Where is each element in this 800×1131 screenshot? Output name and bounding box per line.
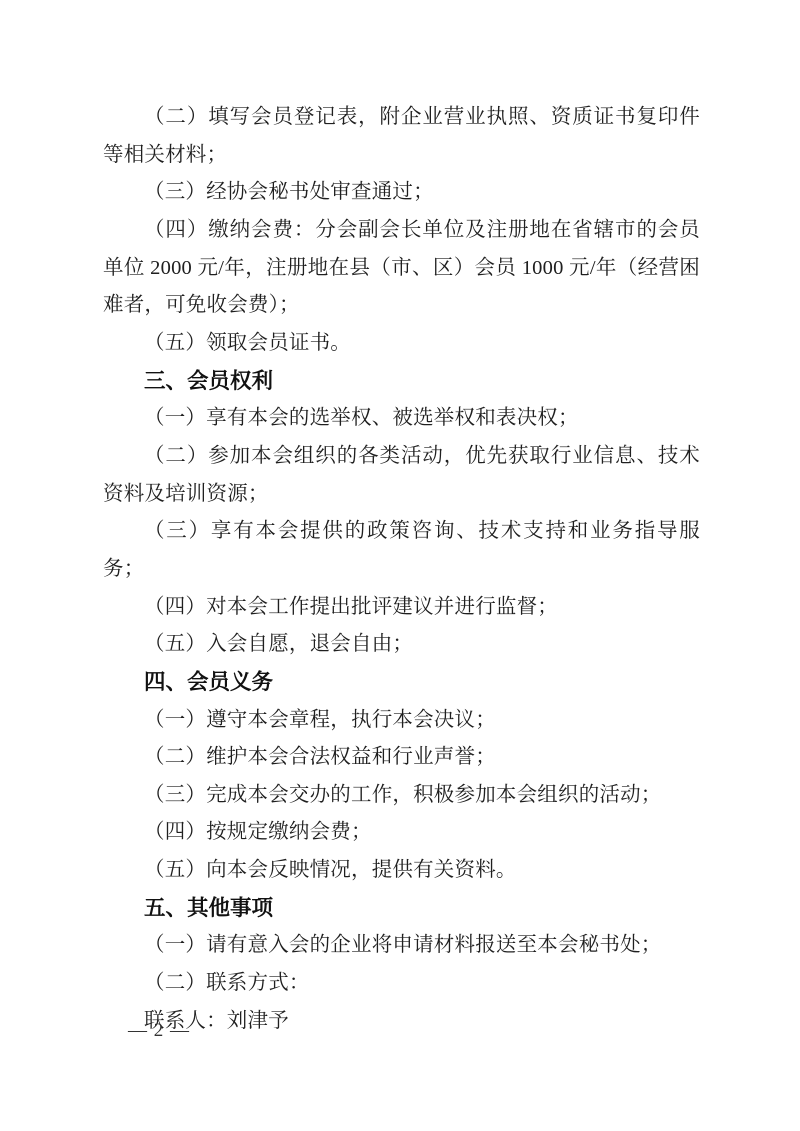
page-number: — 2 — bbox=[128, 1020, 190, 1042]
paragraph: （四）按规定缴纳会费； bbox=[103, 814, 700, 852]
paragraph: （一）请有意入会的企业将申请材料报送至本会秘书处； bbox=[103, 927, 700, 965]
paragraph: （五）领取会员证书。 bbox=[103, 325, 700, 363]
section-heading: 四、会员义务 bbox=[103, 664, 700, 702]
paragraph: （三）完成本会交办的工作，积极参加本会组织的活动； bbox=[103, 777, 700, 815]
paragraph: （一）享有本会的选举权、被选举权和表决权； bbox=[103, 400, 700, 438]
paragraph: （四）缴纳会费：分会副会长单位及注册地在省辖市的会员单位 2000 元/年，注册… bbox=[103, 212, 700, 325]
paragraph: （四）对本会工作提出批评建议并进行监督； bbox=[103, 589, 700, 627]
paragraph: （一）遵守本会章程，执行本会决议； bbox=[103, 702, 700, 740]
paragraph: （二）维护本会合法权益和行业声誉； bbox=[103, 739, 700, 777]
paragraph: （五）入会自愿，退会自由； bbox=[103, 626, 700, 664]
section-heading: 三、会员权利 bbox=[103, 363, 700, 401]
paragraph: （二）填写会员登记表，附企业营业执照、资质证书复印件等相关材料； bbox=[103, 99, 700, 174]
paragraph: （二）参加本会组织的各类活动，优先获取行业信息、技术资料及培训资源； bbox=[103, 438, 700, 513]
paragraph: （三）经协会秘书处审查通过； bbox=[103, 174, 700, 212]
section-heading: 五、其他事项 bbox=[103, 890, 700, 928]
paragraph: （三）享有本会提供的政策咨询、技术支持和业务指导服务； bbox=[103, 513, 700, 588]
paragraph: （五）向本会反映情况，提供有关资料。 bbox=[103, 852, 700, 890]
paragraph: （二）联系方式： bbox=[103, 965, 700, 1003]
paragraph: 联系人：刘津予 bbox=[103, 1003, 700, 1041]
document-page: （二）填写会员登记表，附企业营业执照、资质证书复印件等相关材料；（三）经协会秘书… bbox=[0, 0, 800, 1131]
document-body: （二）填写会员登记表，附企业营业执照、资质证书复印件等相关材料；（三）经协会秘书… bbox=[103, 99, 700, 1040]
